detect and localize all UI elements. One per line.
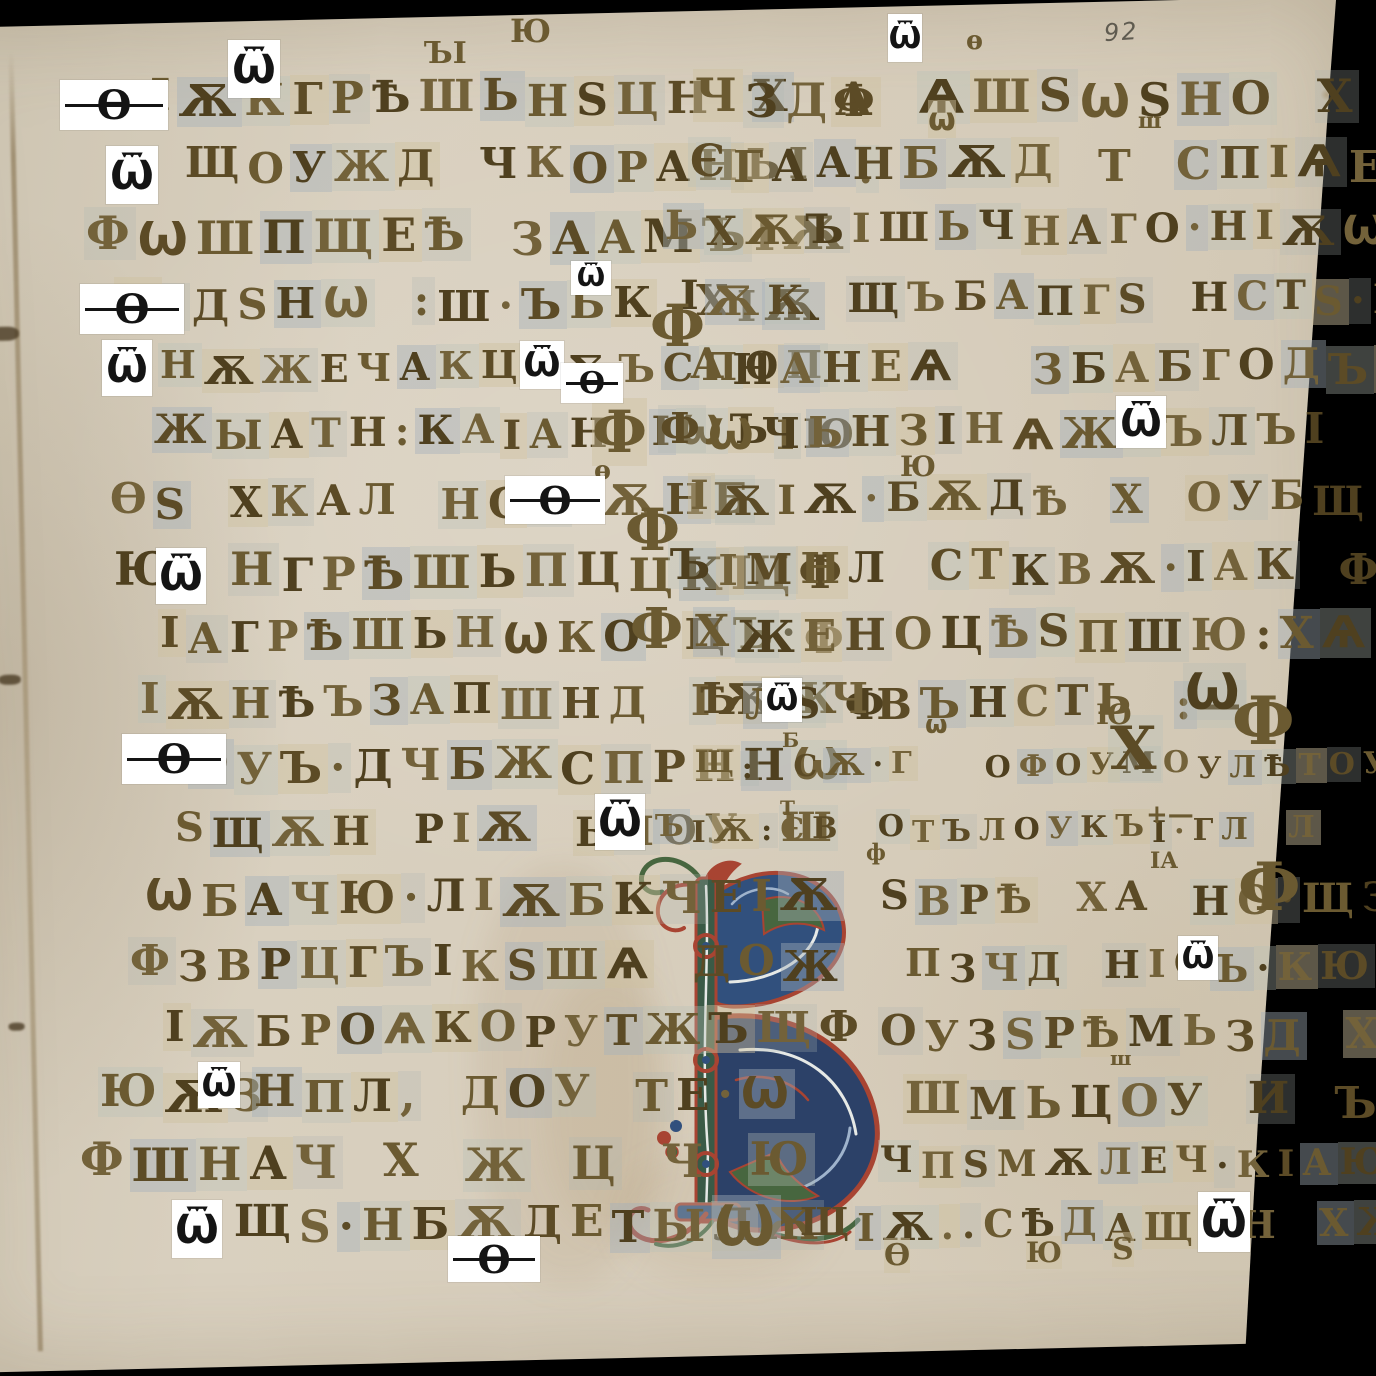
pasted-letter: У (234, 745, 278, 795)
pasted-letter: Г (1080, 278, 1116, 324)
text-line-right: ПЗЧД НІСЪ·КЮ (903, 944, 1375, 988)
pasted-letter: С (1234, 274, 1274, 320)
pasted-letter (531, 1136, 569, 1189)
pasted-letter: К (1235, 1145, 1276, 1187)
superscript-letter: Ѳ (884, 1238, 910, 1273)
pasted-letter: Ш (877, 205, 936, 251)
pasted-letter: В (1055, 546, 1099, 594)
pasted-letter: Ъ (706, 1005, 754, 1053)
pasted-letter: · (328, 743, 351, 793)
pasted-letter: Ф (1337, 546, 1376, 594)
pasted-letter (375, 280, 412, 328)
pasted-letter: . (939, 1204, 960, 1248)
pasted-letter: Ѕ (1036, 607, 1076, 657)
text-line-left: ІѪБРОѦКОРУТЖЪЩФ (163, 1006, 865, 1054)
pasted-letter: Ж (643, 1006, 706, 1054)
superscript-letter: ЪІ (424, 36, 467, 71)
pasted-letter: К (432, 1004, 478, 1052)
superscript-letter: Ф (1232, 682, 1295, 760)
pasted-letter: Ф (1017, 749, 1053, 784)
pasted-letter: К (1276, 945, 1319, 989)
pasted-letter: Н (438, 481, 486, 529)
pasted-letter: К (459, 943, 505, 991)
pasted-letter: Т (1274, 273, 1312, 319)
pasted-letter (654, 940, 691, 988)
pasted-letter: Н (1208, 204, 1254, 250)
pasted-letter: Ѡ (739, 1069, 795, 1119)
text-line-left: ФШНАЧ Х Ж Ц Ч Ю (78, 1136, 815, 1189)
pasted-letter: О (1053, 748, 1087, 783)
pasted-letter: Ц (1068, 1078, 1119, 1128)
pasted-letter: І (138, 675, 166, 723)
pasted-letter: Н (851, 140, 901, 190)
pasted-letter (343, 1136, 381, 1189)
pasted-letter: З (1360, 875, 1376, 921)
pasted-letter: Ж (463, 1139, 531, 1192)
pasted-letter: З (370, 677, 408, 725)
pasted-letter: О (337, 1006, 382, 1054)
pasted-glyph-patch: Ѿ (228, 40, 280, 98)
pasted-letter (1208, 1077, 1245, 1127)
pasted-letter (879, 72, 917, 125)
text-line-right: ШМЬЦОУ И ЪІ (903, 1077, 1376, 1127)
pasted-letter: Ѡ (321, 279, 375, 327)
pasted-letter: Ѫ (500, 877, 566, 927)
pasted-letter: О (736, 937, 781, 985)
pasted-letter: Х (693, 607, 735, 657)
pasted-letter: Н (330, 809, 376, 855)
pasted-letter: П (601, 744, 651, 794)
pasted-letter: Ѣ (995, 877, 1038, 923)
pasted-letter: А (595, 211, 640, 264)
pasted-letter: Ѫ (823, 748, 870, 783)
superscript-letter: Т (780, 796, 795, 820)
pasted-letter: Р (651, 743, 692, 793)
pasted-letter: Ф (817, 1003, 865, 1051)
pasted-letter: О (1327, 747, 1361, 782)
pasted-letter: С (928, 542, 969, 590)
pasted-letter: В (810, 811, 843, 846)
pasted-letter: З (176, 943, 214, 991)
pasted-letter: Ѫ (712, 814, 759, 849)
pasted-glyph-patch: Ѿ (571, 261, 611, 295)
pasted-letter: У (552, 1067, 596, 1117)
pasted-letter: І (749, 872, 778, 922)
pasted-letter: Щ (1142, 1205, 1199, 1249)
pasted-letter: Ц (479, 343, 524, 387)
pasted-letter: І (850, 206, 877, 252)
pasted-letter: Ѕ (1116, 277, 1153, 323)
pasted-glyph-patch: Ѿ (762, 678, 802, 722)
superscript-letter: Ю (900, 450, 936, 483)
pasted-letter: О (1012, 812, 1046, 847)
pasted-letter: А (994, 273, 1035, 319)
text-line-right: ФѠЧЬНЗІНѦЖЗЪЛЪІ (658, 408, 1330, 456)
manuscript-text-layer: 92 (0, 0, 1376, 1376)
pasted-letter: Ѫ (743, 208, 803, 254)
text-line-left: НПЛ, ДОУ ТЕ·Ѡ (252, 1070, 795, 1120)
pasted-letter: І (450, 806, 477, 852)
pasted-letter: С (981, 1202, 1019, 1246)
pasted-letter (918, 748, 950, 783)
pasted-letter: Б (254, 1008, 298, 1056)
pasted-letter: Т (1296, 748, 1326, 783)
pasted-letter: О (892, 610, 938, 660)
pasted-letter: І (688, 473, 715, 519)
pasted-letter: У (290, 144, 332, 192)
pasted-glyph-patch: Ѿ (198, 1062, 240, 1108)
pasted-letter: І (472, 871, 501, 921)
pasted-letter: А (1113, 344, 1155, 392)
pasted-letter: З (947, 947, 982, 991)
pasted-letter: Щ (183, 139, 245, 187)
pasted-letter (1067, 944, 1102, 988)
pasted-letter (1074, 476, 1110, 522)
pasted-letter: Н (1190, 879, 1236, 925)
pasted-letter: Ф (658, 405, 706, 453)
pasted-letter: У (1165, 1076, 1209, 1126)
pasted-letter: І (1146, 942, 1172, 986)
pasted-letter (810, 276, 846, 322)
pasted-letter: : (412, 277, 436, 325)
pasted-letter (1038, 876, 1074, 922)
pasted-letter: І (935, 406, 963, 454)
pasted-letter: Б (900, 139, 946, 189)
pasted-letter (652, 678, 689, 726)
pasted-letter: Е (674, 1071, 716, 1121)
pasted-letter: Ц (297, 940, 346, 988)
pasted-letter: Ц (938, 609, 989, 659)
pasted-letter: Ѫ (1280, 209, 1340, 255)
pasted-letter: А (550, 212, 595, 265)
pasted-letter: К (436, 344, 479, 388)
pasted-letter: А (1113, 874, 1154, 920)
pasted-letter: . (960, 1203, 981, 1247)
superscript-letter: ш (1110, 1046, 1132, 1070)
pasted-letter (376, 808, 412, 854)
pasted-letter: Ю (98, 1067, 163, 1117)
pasted-letter: Х (704, 209, 743, 255)
pasted-letter: Д (1261, 1012, 1306, 1060)
pasted-letter: Л (425, 872, 472, 922)
pasted-letter: · (337, 1202, 360, 1252)
pasted-letter: К (1254, 541, 1300, 589)
pasted-letter: О (1185, 475, 1228, 521)
pasted-letter: Н (228, 543, 279, 596)
pasted-letter: Ж (1354, 1200, 1376, 1244)
pasted-letter: Ѕ (153, 481, 191, 529)
pasted-letter: Р (522, 1009, 562, 1057)
pasted-letter: Ѣ (989, 608, 1036, 658)
superscript-letter: Ю (510, 12, 551, 50)
pasted-letter: Ѕ (574, 76, 614, 126)
pasted-letter (402, 478, 439, 526)
pasted-letter: Ѡ (143, 871, 199, 921)
pasted-letter: Н (730, 346, 778, 394)
pasted-letter: Д (190, 282, 235, 330)
pasted-letter: К (268, 478, 314, 526)
pasted-letter: : (759, 813, 778, 848)
pasted-letter (1295, 1077, 1332, 1127)
pasted-letter: Ѫ (270, 810, 330, 856)
pasted-letter: Ш (130, 1139, 196, 1192)
pasted-letter: Щ (693, 745, 740, 780)
pasted-letter: Р (957, 878, 995, 924)
pasted-letter: Г (228, 614, 265, 662)
superscript-letter: ѡ (928, 100, 956, 138)
text-line-right: АНАНЕѦ ЗБАБГОДЪІ (688, 343, 1376, 391)
pasted-letter: Н (966, 679, 1014, 727)
pasted-letter: О (1229, 72, 1277, 125)
pasted-letter: Ѕ (505, 942, 543, 990)
pasted-letter: Д (395, 142, 440, 190)
pasted-letter: Л (357, 476, 402, 524)
pasted-letter (950, 748, 982, 783)
text-line-right: ЅВРѢ ХА НО·ЩЗ (878, 876, 1376, 922)
pasted-letter: Р (1041, 1010, 1081, 1058)
pasted-letter (191, 478, 228, 526)
pasted-letter: Ц (614, 75, 665, 125)
pasted-letter (1307, 1010, 1344, 1058)
pasted-letter: Щ (232, 1197, 297, 1247)
pasted-letter: Ю (748, 1133, 815, 1186)
pasted-letter: Ѕ (235, 281, 273, 329)
pasted-letter: , (398, 1071, 421, 1121)
pasted-letter: : (393, 409, 416, 455)
pasted-letter: Ь (411, 610, 454, 658)
superscript-letter: ф (866, 840, 886, 866)
pasted-letter: · (401, 873, 424, 923)
pasted-letter: Ъ (1333, 1079, 1376, 1129)
folio-number: 92 (1103, 17, 1139, 47)
pasted-letter: Г (1107, 207, 1143, 253)
pasted-letter: І (500, 413, 527, 459)
pasted-letter: З (743, 75, 784, 128)
pasted-letter: Ѡ (706, 411, 760, 459)
pasted-letter: Ѕ (1037, 69, 1078, 122)
pasted-letter: Ш (1125, 612, 1189, 662)
pasted-letter: О (1118, 1077, 1164, 1127)
pasted-letter: Б (1155, 343, 1199, 391)
pasted-letter: Ъ (1113, 809, 1150, 844)
pasted-letter: З (1031, 346, 1069, 394)
pasted-letter: І (431, 937, 459, 985)
pasted-letter: П (1075, 613, 1125, 663)
text-line-right: ЧПЅМѪЛЕЧ·КІАЮ (878, 1143, 1376, 1185)
pasted-letter (1149, 476, 1185, 522)
pasted-letter (1254, 812, 1286, 847)
pasted-letter: Н (962, 405, 1010, 453)
text-line-right: ЪІМНЛ СТКВѪ·ІАК Ф (668, 544, 1376, 592)
superscript-letter: Ф (650, 292, 705, 360)
pasted-letter: А (1212, 542, 1254, 590)
pasted-letter: Ы (212, 413, 268, 459)
pasted-letter: Т (309, 411, 347, 457)
pasted-glyph-patch: Ѿ (520, 341, 564, 389)
pasted-letter: А (245, 876, 289, 926)
pasted-letter: Е (801, 612, 843, 662)
pasted-letter: · (862, 476, 884, 522)
pasted-letter: К (523, 139, 569, 187)
pasted-letter: Ъ (383, 938, 431, 986)
pasted-letter: Р (329, 74, 370, 124)
pasted-letter: Н (559, 680, 607, 728)
pasted-letter: Н (453, 609, 501, 657)
pasted-letter (421, 1070, 458, 1120)
pasted-letter: Л (1219, 812, 1254, 847)
pasted-letter: І (1253, 203, 1280, 249)
pasted-letter: Ѫ (1098, 545, 1161, 593)
pasted-glyph-patch: Ѳ (505, 476, 605, 524)
pasted-letter: Н (347, 410, 393, 456)
superscript-letter: ІА (1150, 848, 1178, 874)
pasted-letter: · (1349, 278, 1371, 324)
superscript-letter: Ф (630, 596, 683, 662)
pasted-letter: Ч (399, 741, 447, 791)
pasted-letter: Ь (480, 71, 524, 121)
pasted-letter: І (855, 1206, 881, 1250)
pasted-letter: Ш (349, 611, 410, 659)
pasted-letter: Н (360, 1201, 410, 1251)
superscript-letter: ѳ (966, 26, 983, 56)
pasted-letter: Ц (574, 543, 626, 596)
pasted-letter: Ѡ (712, 1195, 781, 1259)
pasted-letter: І (716, 547, 744, 595)
pasted-glyph-patch: Ѿ (1178, 936, 1218, 980)
pasted-letter: А (527, 412, 568, 458)
pasted-letter (710, 1136, 748, 1189)
pasted-letter: Ѫ (705, 279, 765, 325)
pasted-letter (1059, 140, 1096, 190)
pasted-letter: Ѕ (173, 805, 210, 851)
pasted-letter: Н (1177, 73, 1228, 126)
pasted-letter: Ш (498, 681, 559, 729)
pasted-letter: Ж (152, 407, 212, 453)
pasted-letter: Х (1343, 1010, 1376, 1058)
pasted-letter (1153, 276, 1189, 322)
pasted-letter: Л (1209, 407, 1254, 455)
pasted-letter (1300, 544, 1337, 592)
pasted-glyph-patch: Ѿ (595, 794, 645, 850)
pasted-letter: М (744, 546, 799, 594)
pasted-letter: Л (977, 813, 1012, 848)
pasted-letter (440, 142, 477, 190)
pasted-letter: А (1067, 208, 1108, 254)
pasted-letter: Л (1286, 810, 1321, 845)
pasted-letter: Ъ (653, 809, 690, 844)
pasted-letter: О (1236, 341, 1281, 389)
pasted-letter: Ш (903, 1074, 967, 1124)
pasted-letter: Д (784, 74, 833, 127)
superscript-letter: +— (1146, 800, 1194, 830)
pasted-letter: Л (1098, 1142, 1138, 1184)
pasted-glyph-patch: Ѿ (1198, 1192, 1250, 1252)
pasted-letter: Ч (293, 1136, 343, 1189)
pasted-letter: Н (1021, 209, 1067, 255)
pasted-letter: І (1184, 543, 1212, 591)
pasted-letter: Н (196, 1138, 247, 1191)
pasted-letter: Н (1189, 275, 1235, 321)
pasted-letter: П (919, 1146, 961, 1188)
pasted-letter: С (1014, 678, 1055, 726)
pasted-letter (813, 140, 850, 190)
pasted-letter: Н (229, 680, 277, 728)
pasted-letter: Ч (477, 140, 523, 188)
pasted-letter: Ѣ (304, 612, 349, 660)
pasted-letter: М (1126, 1008, 1181, 1056)
pasted-letter: Є (688, 137, 731, 187)
pasted-letter: Л (351, 1072, 398, 1122)
pasted-letter: З (965, 1012, 1003, 1060)
pasted-letter: Р (614, 144, 654, 192)
pasted-letter: Ѫ (477, 805, 537, 851)
pasted-letter (891, 544, 928, 592)
pasted-letter: Р (319, 548, 362, 601)
pasted-letter: Ч (660, 874, 708, 924)
pasted-letter: Ш (435, 283, 496, 331)
pasted-letter: А (247, 1137, 292, 1190)
pasted-letter: О (570, 145, 615, 193)
pasted-letter: У (562, 1008, 604, 1056)
pasted-letter: С (791, 749, 823, 784)
pasted-letter: А (1300, 1143, 1337, 1185)
pasted-letter: · (1186, 205, 1208, 251)
pasted-letter: Щ (1300, 876, 1360, 922)
pasted-letter: Ѣ (422, 208, 471, 261)
pasted-letter: О (876, 809, 910, 844)
pasted-letter: М (995, 1144, 1043, 1186)
superscript-letter: Ф (1238, 848, 1301, 926)
pasted-letter: Ѡ (1078, 75, 1136, 128)
pasted-letter: Н (849, 408, 897, 456)
pasted-letter: Щ (1310, 479, 1370, 525)
text-line-right: ЬХѪЪІШЬЧНАГО·НІѪѠ (663, 206, 1376, 252)
pasted-letter: В (915, 879, 957, 925)
pasted-letter: · (1254, 946, 1275, 990)
pasted-letter: Ф (84, 207, 136, 260)
pasted-letter: Х (228, 479, 269, 527)
pasted-letter: Ш (417, 72, 481, 122)
pasted-letter: Р (298, 1007, 338, 1055)
pasted-letter: І (1275, 1144, 1300, 1186)
pasted-letter: Ѧ (382, 1005, 432, 1053)
pasted-letter: Ъ (1161, 408, 1209, 456)
superscript-letter: Ф (625, 496, 680, 564)
pasted-letter: И (1246, 1074, 1296, 1124)
pasted-glyph-patch: Ѿ (156, 548, 206, 604)
pasted-letter: Д (1061, 1200, 1103, 1244)
pasted-letter: Н (274, 280, 322, 328)
pasted-letter: Ч (828, 675, 874, 723)
pasted-letter: Ч (289, 875, 337, 925)
pasted-glyph-patch: Ѿ (1116, 396, 1166, 448)
superscript-letter: Б (782, 728, 799, 752)
pasted-letter: Ъ (1326, 346, 1374, 394)
pasted-letter: Ч (878, 1140, 919, 1182)
pasted-letter: Ц (569, 1137, 621, 1190)
pasted-letter: Р (258, 941, 298, 989)
text-line-right: ІѪК ЩЪБАПГЅ НСТЅ·ІАЮ (678, 276, 1376, 322)
pasted-letter: О (1143, 206, 1186, 252)
pasted-letter: Ѡ (501, 615, 555, 663)
pasted-letter: Б (1069, 345, 1113, 393)
pasted-letter: Т (969, 541, 1008, 589)
pasted-letter: Е (568, 1197, 610, 1247)
pasted-letter: Щ (798, 1200, 855, 1244)
pasted-letter: Ж (735, 613, 801, 663)
pasted-letter: Ѡ (136, 213, 194, 266)
pasted-letter: І (1303, 405, 1331, 453)
